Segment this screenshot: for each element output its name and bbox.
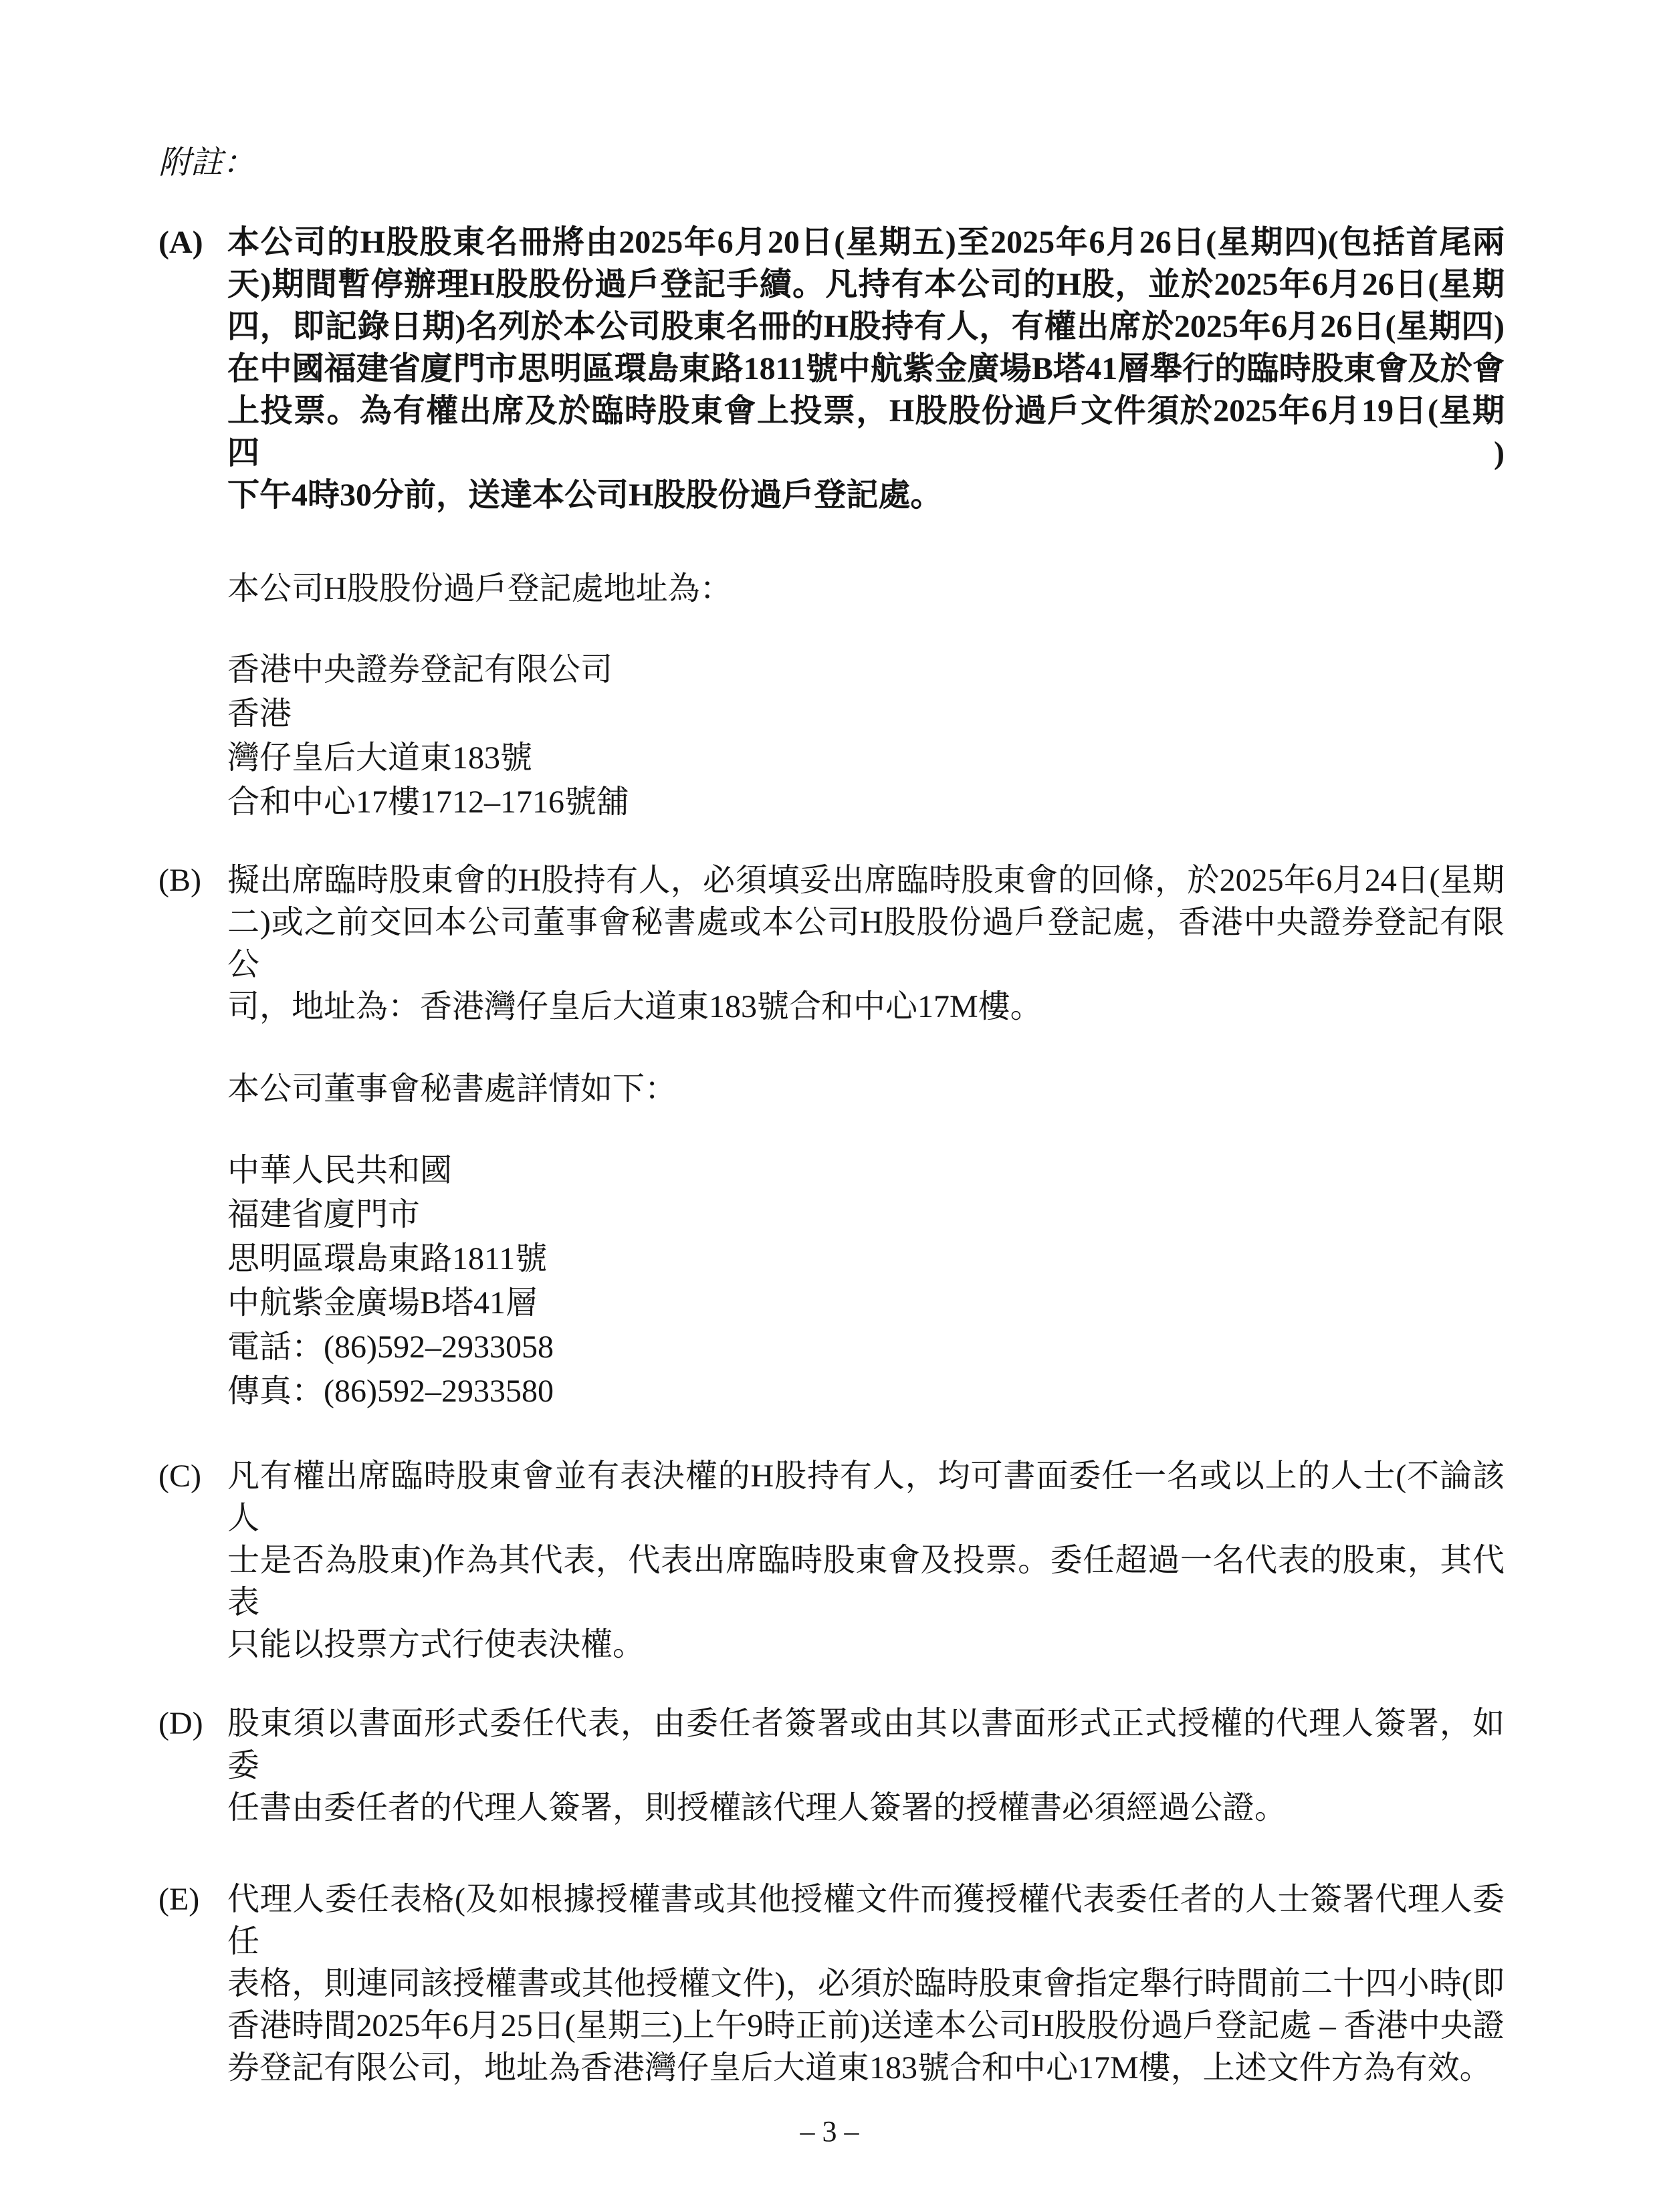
note-b-label: (B): [158, 859, 227, 901]
text-line: 司，地址為：香港灣仔皇后大道東183號合和中心17M樓。: [227, 986, 1505, 1028]
address-line: 中航紫金廣場B塔41層: [227, 1281, 1505, 1325]
note-a-label: (A): [158, 221, 227, 263]
text-line: 只能以投票方式行使表決權。: [227, 1624, 1505, 1666]
notes-heading-text: 附註：: [158, 145, 255, 181]
text-line: 士是否為股東)作為其代表，代表出席臨時股東會及投票。委任超過一名代表的股東，其代…: [227, 1539, 1505, 1624]
note-d: (D) 股東須以書面形式委任代表，由委任者簽署或由其以書面形式正式授權的代理人簽…: [158, 1702, 1505, 1829]
note-e-label: (E): [158, 1878, 227, 1920]
text-line: 在中國福建省廈門市思明區環島東路1811號中航紫金廣場B塔41層舉行的臨時股東會…: [227, 348, 1505, 390]
text-line: 任書由委任者的代理人簽署，則授權該代理人簽署的授權書必須經過公證。: [227, 1787, 1505, 1829]
address-line: 福建省廈門市: [227, 1193, 1505, 1237]
text-line: 券登記有限公司，地址為香港灣仔皇后大道東183號合和中心17M樓，上述文件方為有…: [227, 2047, 1505, 2089]
text-line: 本公司H股股份過戶登記處地址為：: [227, 568, 1505, 610]
note-a-paragraph: 本公司的H股股東名冊將由2025年6月20日(星期五)至2025年6月26日(星…: [227, 221, 1505, 516]
notes-heading: 附註：: [158, 142, 1505, 184]
address-line: 灣仔皇后大道東183號: [227, 736, 1505, 780]
page-number: – 3 –: [0, 2113, 1659, 2150]
text-line: 股東須以書面形式委任代表，由委任者簽署或由其以書面形式正式授權的代理人簽署，如委: [227, 1702, 1505, 1787]
address-line: 中華人民共和國: [227, 1149, 1505, 1193]
text-line: 擬出席臨時股東會的H股持有人，必須填妥出席臨時股東會的回條，於2025年6月24…: [227, 859, 1505, 901]
note-d-paragraph: 股東須以書面形式委任代表，由委任者簽署或由其以書面形式正式授權的代理人簽署，如委…: [227, 1702, 1505, 1829]
address-line: 思明區環島東路1811號: [227, 1237, 1505, 1281]
text-line: 代理人委任表格(及如根據授權書或其他授權文件而獲授權代表委任者的人士簽署代理人委…: [227, 1878, 1505, 1963]
text-line: 表格，則連同該授權書或其他授權文件)，必須於臨時股東會指定舉行時間前二十四小時(…: [227, 1963, 1505, 2005]
notes-content: 附註： (A) 本公司的H股股東名冊將由2025年6月20日(星期五)至2025…: [158, 0, 1505, 2089]
text-line: 四，即記錄日期)名列於本公司股東名冊的H股持有人，有權出席於2025年6月26日…: [227, 306, 1505, 348]
note-a: (A) 本公司的H股股東名冊將由2025年6月20日(星期五)至2025年6月2…: [158, 221, 1505, 516]
text-line: 天)期間暫停辦理H股股份過戶登記手續。凡持有本公司的H股，並於2025年6月26…: [227, 263, 1505, 306]
note-e-paragraph: 代理人委任表格(及如根據授權書或其他授權文件而獲授權代表委任者的人士簽署代理人委…: [227, 1878, 1505, 2089]
text-line: 二)或之前交回本公司董事會秘書處或本公司H股股份過戶登記處，香港中央證券登記有限…: [227, 901, 1505, 986]
note-c-label: (C): [158, 1455, 227, 1497]
address-line: 香港: [227, 692, 1505, 736]
address-line: 合和中心17樓1712–1716號舖: [227, 780, 1505, 824]
note-d-label: (D): [158, 1702, 227, 1745]
note-e: (E) 代理人委任表格(及如根據授權書或其他授權文件而獲授權代表委任者的人士簽署…: [158, 1878, 1505, 2089]
text-line: 凡有權出席臨時股東會並有表決權的H股持有人，均可書面委任一名或以上的人士(不論該…: [227, 1455, 1505, 1539]
secretariat-address-block: 中華人民共和國 福建省廈門市 思明區環島東路1811號 中航紫金廣場B塔41層 …: [227, 1149, 1505, 1414]
registrar-intro: 本公司H股股份過戶登記處地址為：: [227, 568, 1505, 610]
document-page: 附註： (A) 本公司的H股股東名冊將由2025年6月20日(星期五)至2025…: [0, 0, 1659, 2212]
address-line: 香港中央證券登記有限公司: [227, 648, 1505, 692]
text-line: 本公司董事會秘書處詳情如下：: [227, 1068, 1505, 1110]
registrar-address-block: 香港中央證券登記有限公司 香港 灣仔皇后大道東183號 合和中心17樓1712–…: [227, 648, 1505, 824]
text-line: 上投票。為有權出席及於臨時股東會上投票，H股股份過戶文件須於2025年6月19日…: [227, 390, 1505, 474]
note-c: (C) 凡有權出席臨時股東會並有表決權的H股持有人，均可書面委任一名或以上的人士…: [158, 1455, 1505, 1666]
note-b-paragraph: 擬出席臨時股東會的H股持有人，必須填妥出席臨時股東會的回條，於2025年6月24…: [227, 859, 1505, 1028]
phone-line: 電話：(86)592–2933058: [227, 1325, 1505, 1369]
note-b: (B) 擬出席臨時股東會的H股持有人，必須填妥出席臨時股東會的回條，於2025年…: [158, 859, 1505, 1028]
note-c-paragraph: 凡有權出席臨時股東會並有表決權的H股持有人，均可書面委任一名或以上的人士(不論該…: [227, 1455, 1505, 1666]
fax-line: 傳真：(86)592–2933580: [227, 1369, 1505, 1414]
text-line: 下午4時30分前，送達本公司H股股份過戶登記處。: [227, 474, 1505, 516]
text-line: 香港時間2025年6月25日(星期三)上午9時正前)送達本公司H股股份過戶登記處…: [227, 2005, 1505, 2047]
text-line: 本公司的H股股東名冊將由2025年6月20日(星期五)至2025年6月26日(星…: [227, 221, 1505, 263]
secretariat-intro: 本公司董事會秘書處詳情如下：: [227, 1068, 1505, 1110]
